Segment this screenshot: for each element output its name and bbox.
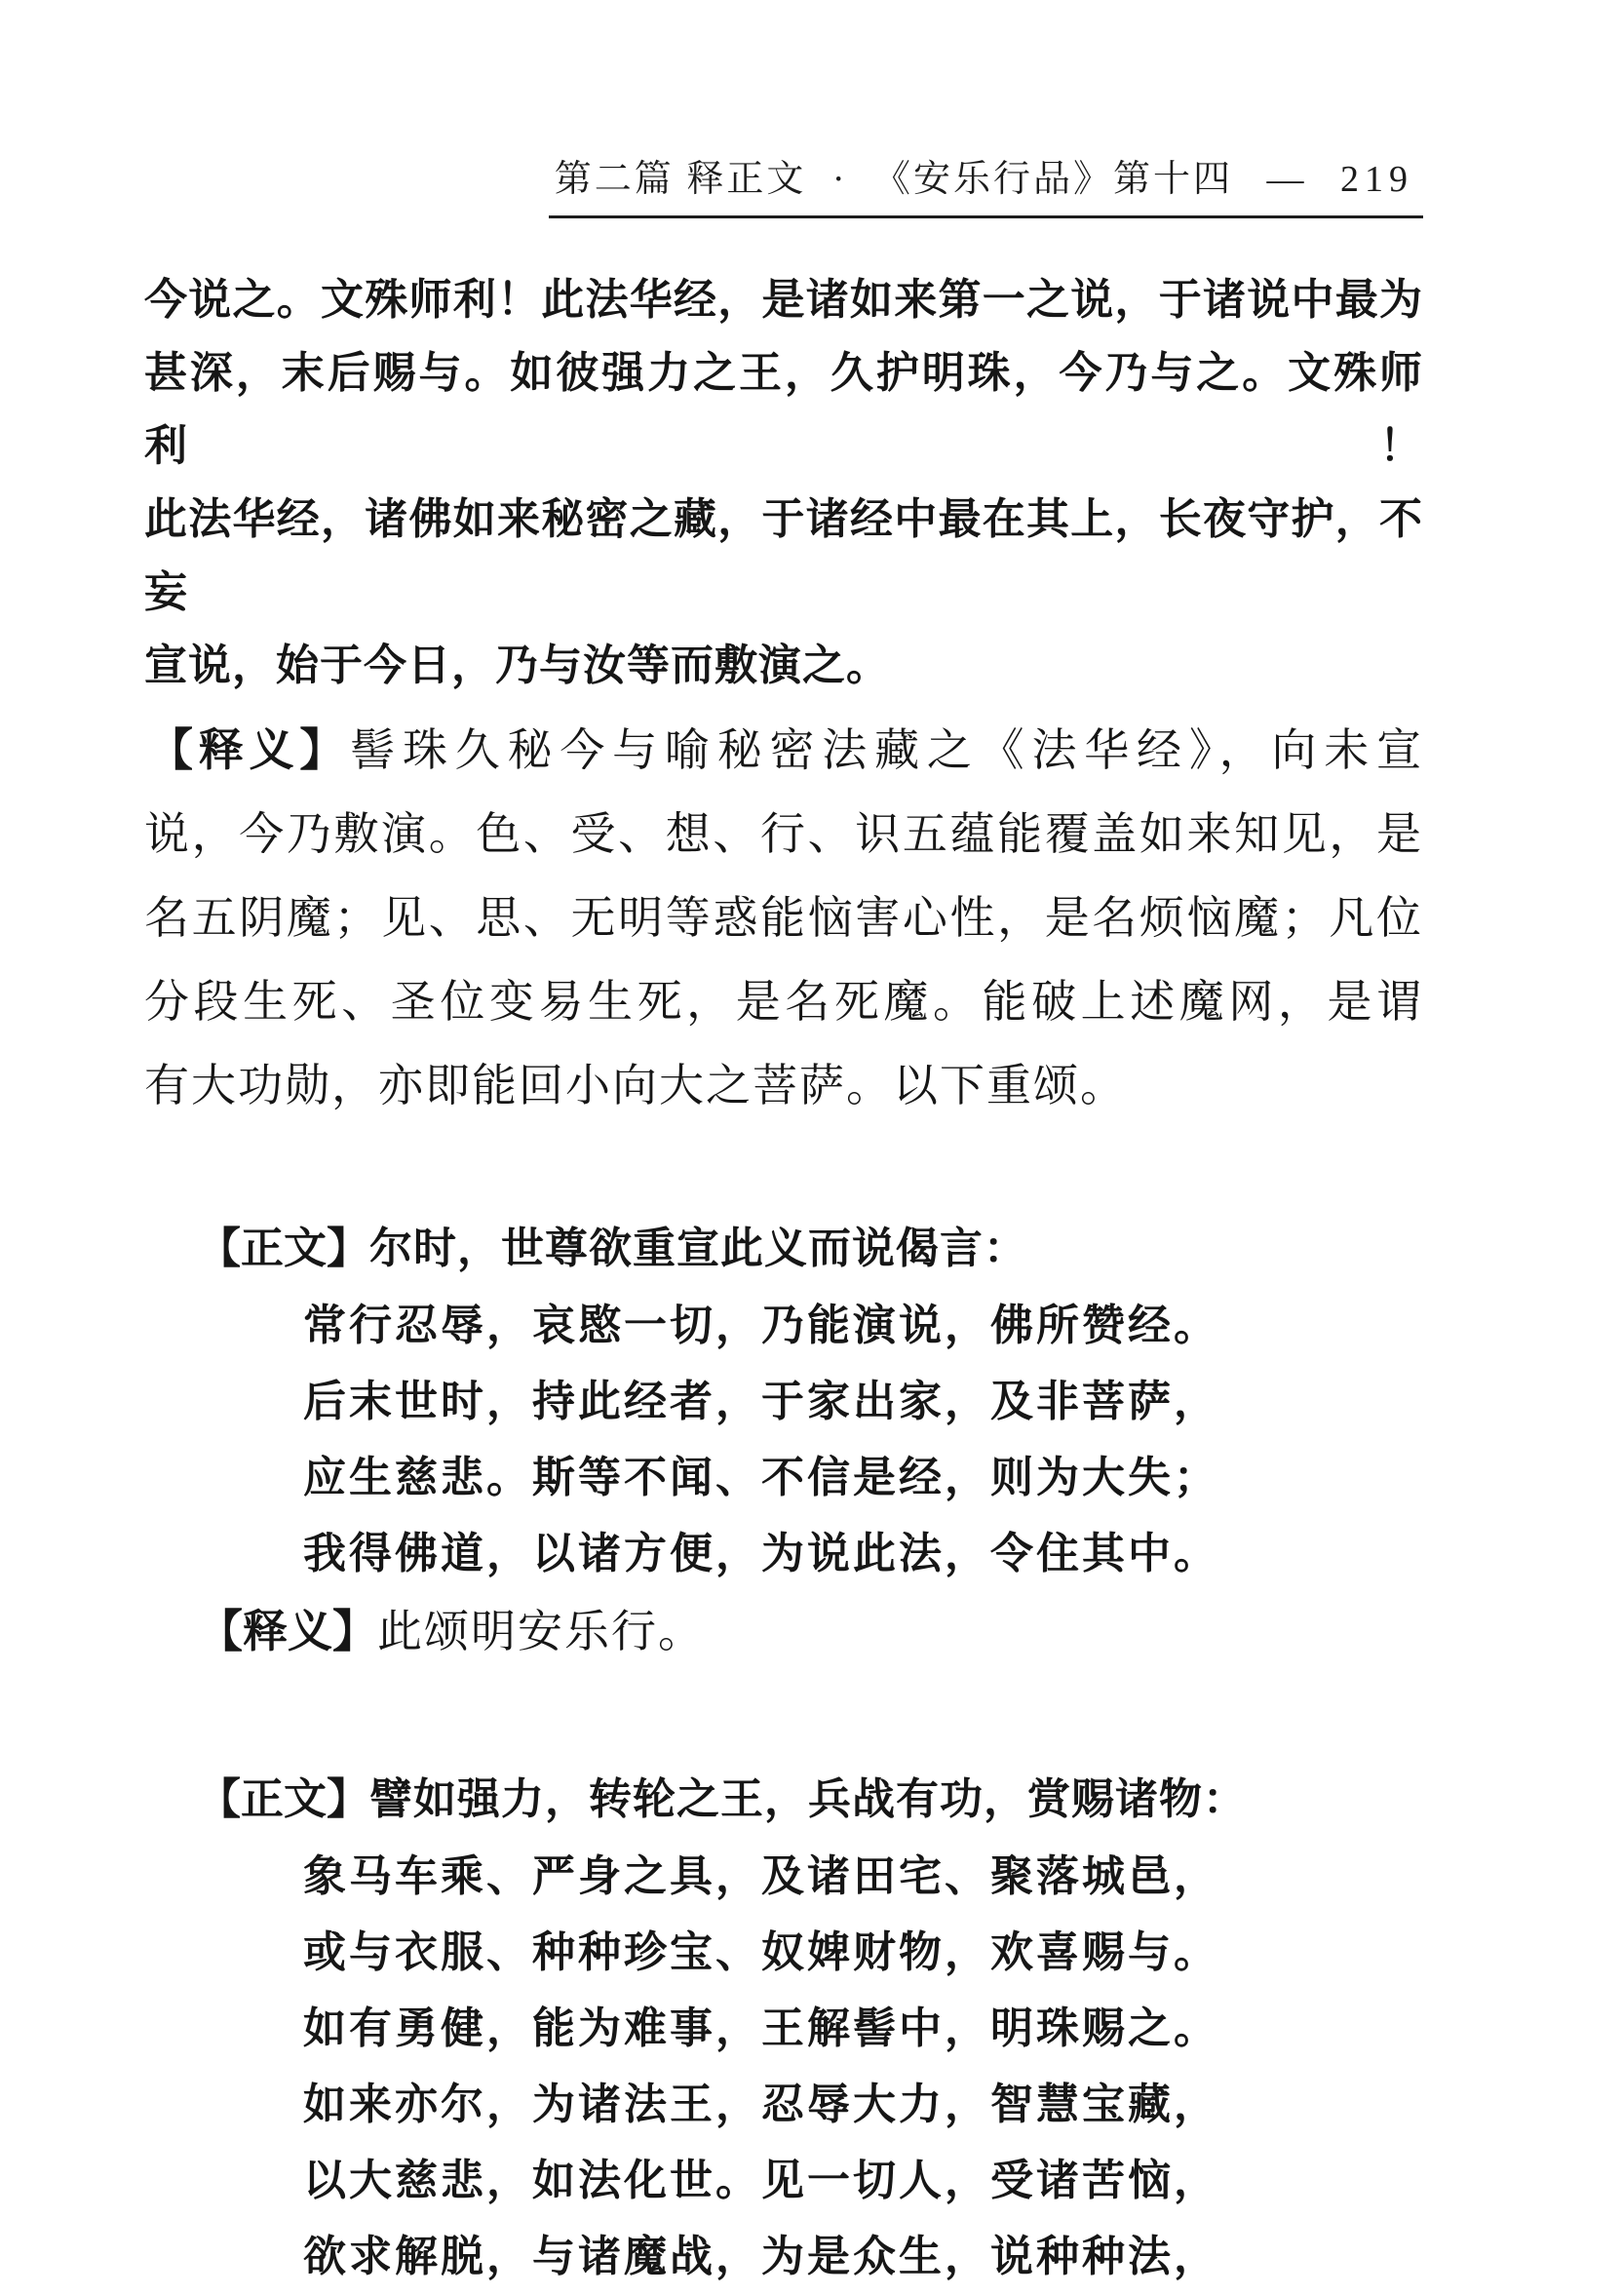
verse-line: 常行忍辱，哀愍一切，乃能演说，佛所赞经。 <box>144 1288 1423 1364</box>
commentary-line: 名五阴魔；见、思、无明等惑能恼害心性，是名烦恼魔；凡位 <box>144 876 1423 960</box>
verse-line: 象马车乘、严身之具，及诸田宅、聚落城邑， <box>144 1839 1423 1915</box>
commentary-paragraph: 【释义】髻珠久秘今与喻秘密法藏之《法华经》，向未宣 说，今乃敷演。色、受、想、行… <box>144 708 1423 1128</box>
zhengwen-section: 【正文】尔时，世尊欲重宣此义而说偈言： 常行忍辱，哀愍一切，乃能演说，佛所赞经。… <box>144 1210 1423 1671</box>
commentary-line: 说，今乃敷演。色、受、想、行、识五蕴能覆盖如来知见，是 <box>144 793 1423 876</box>
header-chapter: 《安乐行品》第十四 <box>873 159 1233 200</box>
verse-line: 我得佛道，以诸方便，为说此法，令住其中。 <box>144 1516 1423 1592</box>
verse-line: 如来亦尔，为诸法王，忍辱大力，智慧宝藏， <box>144 2067 1423 2143</box>
zhengwen-heading-text: 譬如强力，转轮之王，兵战有功，赏赐诸物： <box>369 1775 1247 1823</box>
commentary-text: 髻珠久秘今与喻秘密法藏之《法华经》，向未宣 <box>350 725 1423 775</box>
header-dash: — <box>1267 159 1307 200</box>
commentary-line: 有大功勋，亦即能回小向大之菩萨。以下重颂。 <box>144 1044 1423 1128</box>
zhengwen-heading-text: 尔时，世尊欲重宣此义而说偈言： <box>369 1225 1027 1272</box>
commentary-line: 分段生死、圣位变易生死，是名死魔。能破上述魔网，是谓 <box>144 960 1423 1044</box>
sutra-line: 今说之。文殊师利！此法华经，是诸如来第一之说，于诸说中最为 <box>144 263 1423 336</box>
header-part: 第二篇 <box>555 159 675 200</box>
commentary-label: 【释义】 <box>148 724 350 775</box>
verse-line: 以大慈悲，如法化世。见一切人，受诸苦恼， <box>144 2143 1423 2219</box>
zhengwen-section: 【正文】譬如强力，转轮之王，兵战有功，赏赐诸物： 象马车乘、严身之具，及诸田宅、… <box>144 1761 1423 2295</box>
verse-line: 后末世时，持此经者，于家出家，及非菩萨， <box>144 1364 1423 1440</box>
verse-line: 欲求解脱，与诸魔战，为是众生，说种种法， <box>144 2219 1423 2295</box>
book-page: 第二篇 释正文 · 《安乐行品》第十四 — 219 今说之。文殊师利！此法华经，… <box>0 0 1622 2296</box>
zhengwen-label: 【正文】 <box>198 1225 369 1272</box>
commentary-label: 【释义】 <box>198 1606 377 1656</box>
verse-line: 应生慈悲。斯等不闻、不信是经，则为大失； <box>144 1440 1423 1516</box>
zhengwen-label: 【正文】 <box>198 1775 369 1823</box>
commentary-text: 此颂明安乐行。 <box>377 1607 705 1656</box>
header-separator: · <box>832 159 848 200</box>
sutra-line: 宣说，始于今日，乃与汝等而敷演之。 <box>144 629 1423 702</box>
sutra-line: 此法华经，诸佛如来秘密之藏，于诸经中最在其上，长夜守护，不妄 <box>144 483 1423 629</box>
zhengwen-heading: 【正文】尔时，世尊欲重宣此义而说偈言： <box>144 1210 1423 1288</box>
verse-line: 或与衣服、种种珍宝、奴婢财物，欢喜赐与。 <box>144 1915 1423 1991</box>
inline-commentary: 【释义】此颂明安乐行。 <box>144 1592 1423 1671</box>
header-section: 释正文 <box>686 159 806 200</box>
commentary-line: 【释义】髻珠久秘今与喻秘密法藏之《法华经》，向未宣 <box>144 708 1423 793</box>
verse-line: 如有勇健，能为难事，王解髻中，明珠赐之。 <box>144 1991 1423 2067</box>
header-page-number: 219 <box>1340 159 1413 200</box>
page-body: 今说之。文殊师利！此法华经，是诸如来第一之说，于诸说中最为 甚深，末后赐与。如彼… <box>144 263 1423 2295</box>
sutra-paragraph: 今说之。文殊师利！此法华经，是诸如来第一之说，于诸说中最为 甚深，末后赐与。如彼… <box>144 263 1423 702</box>
sutra-line: 甚深，末后赐与。如彼强力之王，久护明珠，今乃与之。文殊师利！ <box>144 336 1423 483</box>
page-header: 第二篇 释正文 · 《安乐行品》第十四 — 219 <box>549 148 1423 218</box>
zhengwen-heading: 【正文】譬如强力，转轮之王，兵战有功，赏赐诸物： <box>144 1761 1423 1839</box>
